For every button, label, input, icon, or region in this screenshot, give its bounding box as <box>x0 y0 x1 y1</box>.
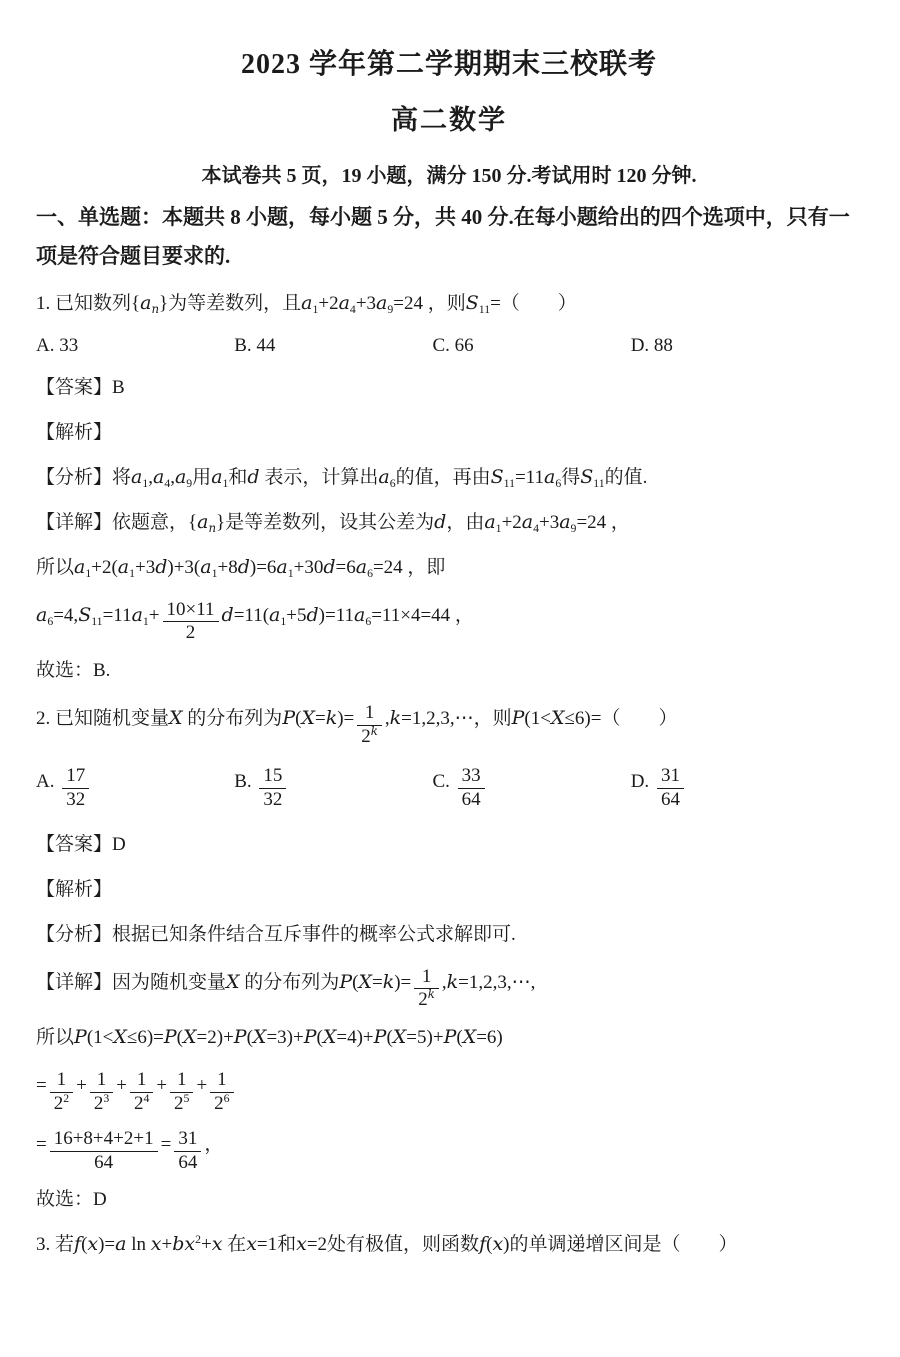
fraction: 3364 <box>458 765 485 812</box>
question-1-option-A: A. 33 <box>36 332 234 359</box>
question-2-option-A: A. 1732 <box>36 761 234 816</box>
fraction: 125 <box>170 1069 193 1116</box>
exam-info-line: 本试卷共 5 页，19 小题，满分 150 分.考试用时 120 分钟. <box>36 159 862 188</box>
fraction: 12k <box>414 966 439 1013</box>
fraction: 126 <box>210 1069 233 1116</box>
question-1-options: A. 33B. 44C. 66D. 88 <box>36 332 862 359</box>
exam-document: 2023 学年第二学期期末三校联考 高二数学 本试卷共 5 页，19 小题，满分… <box>0 0 900 1357</box>
fraction: 1532 <box>259 765 286 812</box>
question-3-stem: 3. 若f(x)=a ln x+bx2+x 在x=1和x=2处有极值，则函数f(… <box>36 1231 862 1258</box>
question-1-option-C: C. 66 <box>432 332 630 359</box>
fraction: 3164 <box>174 1128 201 1175</box>
question-2-option-D: D. 3164 <box>631 761 862 816</box>
question-2-stem: 2. 已知随机变量X 的分布列为P(X=k)=12k,k=1,2,3,⋯，则P(… <box>36 702 862 749</box>
section-heading: 一、单选题：本题共 8 小题，每小题 5 分，共 40 分.在每小题给出的四个选… <box>36 198 862 276</box>
detail-line: 【详解】依题意，{an}是等差数列，设其公差为d，由a1+2a4+3a9=24 … <box>36 509 862 536</box>
fraction: 3164 <box>657 765 684 812</box>
answer-line: 【答案】B <box>36 374 862 401</box>
jiexi-label: 【解析】 <box>36 876 862 903</box>
solution-line: 所以P(1<X≤6)=P(X=2)+P(X=3)+P(X=4)+P(X=5)+P… <box>36 1024 862 1051</box>
fraction: 123 <box>90 1069 113 1116</box>
answer-line: 【答案】D <box>36 831 862 858</box>
conclusion-line: 故选：B. <box>36 657 862 684</box>
solution-line: =122+123+124+125+126 <box>36 1069 862 1116</box>
conclusion-line: 故选：D <box>36 1186 862 1213</box>
question-1-stem: 1. 已知数列{an}为等差数列，且a1+2a4+3a9=24 ，则S11=（ … <box>36 290 862 317</box>
questions-container: 1. 已知数列{an}为等差数列，且a1+2a4+3a9=24 ，则S11=（ … <box>36 290 862 1259</box>
solution-line: =16+8+4+2+164=3164， <box>36 1128 862 1175</box>
solution-line: a6=4,S11=11a1+10×112d=11(a1+5d)=11a6=11×… <box>36 599 862 646</box>
detail-line: 【详解】因为随机变量X 的分布列为P(X=k)=12k,k=1,2,3,⋯, <box>36 966 862 1013</box>
analysis-line: 【分析】将a1,a4,a9用a1和d 表示，计算出a6的值，再由S11=11a6… <box>36 464 862 491</box>
jiexi-label: 【解析】 <box>36 419 862 446</box>
fraction: 12k <box>357 702 382 749</box>
exam-title: 2023 学年第二学期期末三校联考 <box>36 42 862 82</box>
solution-line: 所以a1+2(a1+3d)+3(a1+8d)=6a1+30d=6a6=24 ，即 <box>36 554 862 581</box>
question-1-option-D: D. 88 <box>631 332 862 359</box>
fraction: 10×112 <box>163 599 219 646</box>
fraction: 122 <box>50 1069 73 1116</box>
question-2-option-B: B. 1532 <box>234 761 432 816</box>
exam-subject: 高二数学 <box>36 98 862 137</box>
fraction: 1732 <box>62 765 89 812</box>
analysis-line: 【分析】根据已知条件结合互斥事件的概率公式求解即可. <box>36 921 862 948</box>
fraction: 16+8+4+2+164 <box>50 1128 158 1175</box>
question-2-options: A. 1732B. 1532C. 3364D. 3164 <box>36 761 862 816</box>
fraction: 124 <box>130 1069 153 1116</box>
question-2-option-C: C. 3364 <box>432 761 630 816</box>
question-1-option-B: B. 44 <box>234 332 432 359</box>
